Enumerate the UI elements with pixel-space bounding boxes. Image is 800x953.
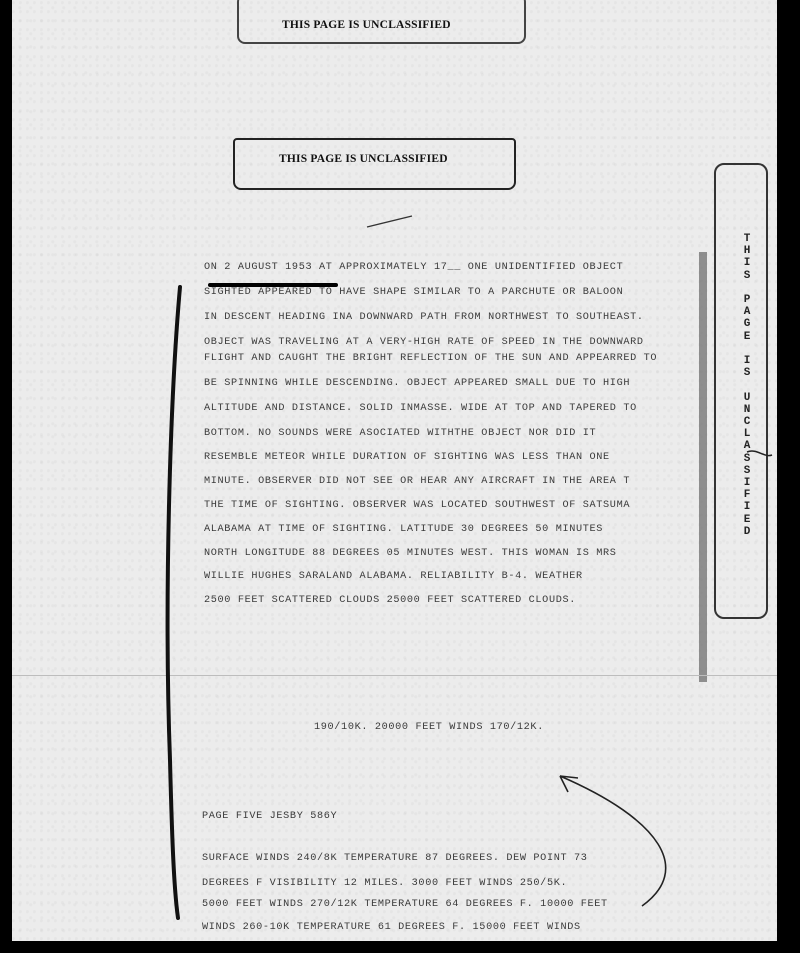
pen-arrow-mark [560,776,666,906]
margin-bracket-mark [168,287,180,918]
scan-bottom-edge [0,941,800,953]
pen-tick-mark [367,216,412,227]
handwritten-marks [12,0,777,953]
squiggle-mark [747,451,772,456]
scanned-page: THIS PAGE IS UNCLASSIFIED THIS PAGE IS U… [12,0,777,953]
